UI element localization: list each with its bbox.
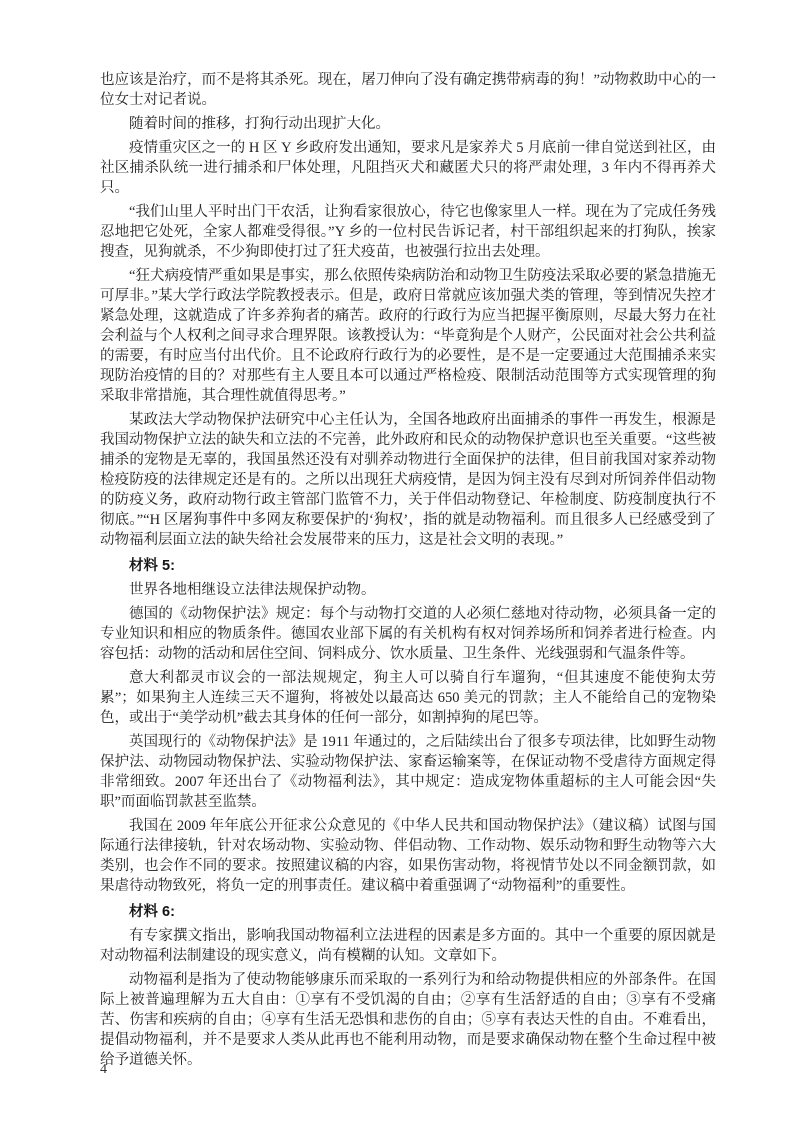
paragraph-2: 随着时间的推移，打狗行动出现扩大化。 bbox=[100, 114, 716, 134]
paragraph-8: 德国的《动物保护法》规定：每个与动物打交道的人必须仁慈地对待动物，必须具备一定的… bbox=[100, 604, 716, 664]
page-number: 4 bbox=[100, 1062, 107, 1078]
paragraph-6: 某政法大学动物保护法研究中心主任认为，全国各地政府出面捕杀的事件一再发生，根源是… bbox=[100, 410, 716, 550]
paragraph-7: 世界各地相继设立法律法规保护动物。 bbox=[100, 580, 716, 600]
paragraph-13: 动物福利是指为了使动物能够康乐而采取的一系列行为和给动物提供相应的外部条件。在国… bbox=[100, 970, 716, 1070]
paragraph-10: 英国现行的《动物保护法》是 1911 年通过的，之后陆续出台了很多专项法律，比如… bbox=[100, 732, 716, 812]
paragraph-11: 我国在 2009 年年底公开征求公众意见的《中华人民共和国动物保护法》（建议稿）… bbox=[100, 816, 716, 896]
paragraph-4: “我们山里人平时出门干农活，让狗看家很放心，待它也像家里人一样。现在为了完成任务… bbox=[100, 202, 716, 262]
material-5-heading: 材料 5: bbox=[100, 556, 716, 576]
paragraph-5: “狂犬病疫情严重如果是事实，那么依照传染病防治和动物卫生防疫法采取必要的紧急措施… bbox=[100, 266, 716, 406]
paragraph-continuation: 也应该是治疗，而不是将其杀死。现在，屠刀伸向了没有确定携带病毒的狗！”动物救助中… bbox=[100, 70, 716, 110]
page-text-content: 也应该是治疗，而不是将其杀死。现在，屠刀伸向了没有确定携带病毒的狗！”动物救助中… bbox=[100, 70, 716, 1074]
material-6-heading: 材料 6: bbox=[100, 902, 716, 922]
paragraph-3: 疫情重灾区之一的 H 区 Y 乡政府发出通知，要求凡是家养犬 5 月底前一律自觉… bbox=[100, 138, 716, 198]
document-page: 也应该是治疗，而不是将其杀死。现在，屠刀伸向了没有确定携带病毒的狗！”动物救助中… bbox=[0, 0, 800, 1132]
paragraph-9: 意大利都灵市议会的一部法规规定，狗主人可以骑自行车遛狗，“但其速度不能使狗太劳累… bbox=[100, 668, 716, 728]
paragraph-12: 有专家撰文指出，影响我国动物福利立法进程的因素是多方面的。其中一个重要的原因就是… bbox=[100, 926, 716, 966]
